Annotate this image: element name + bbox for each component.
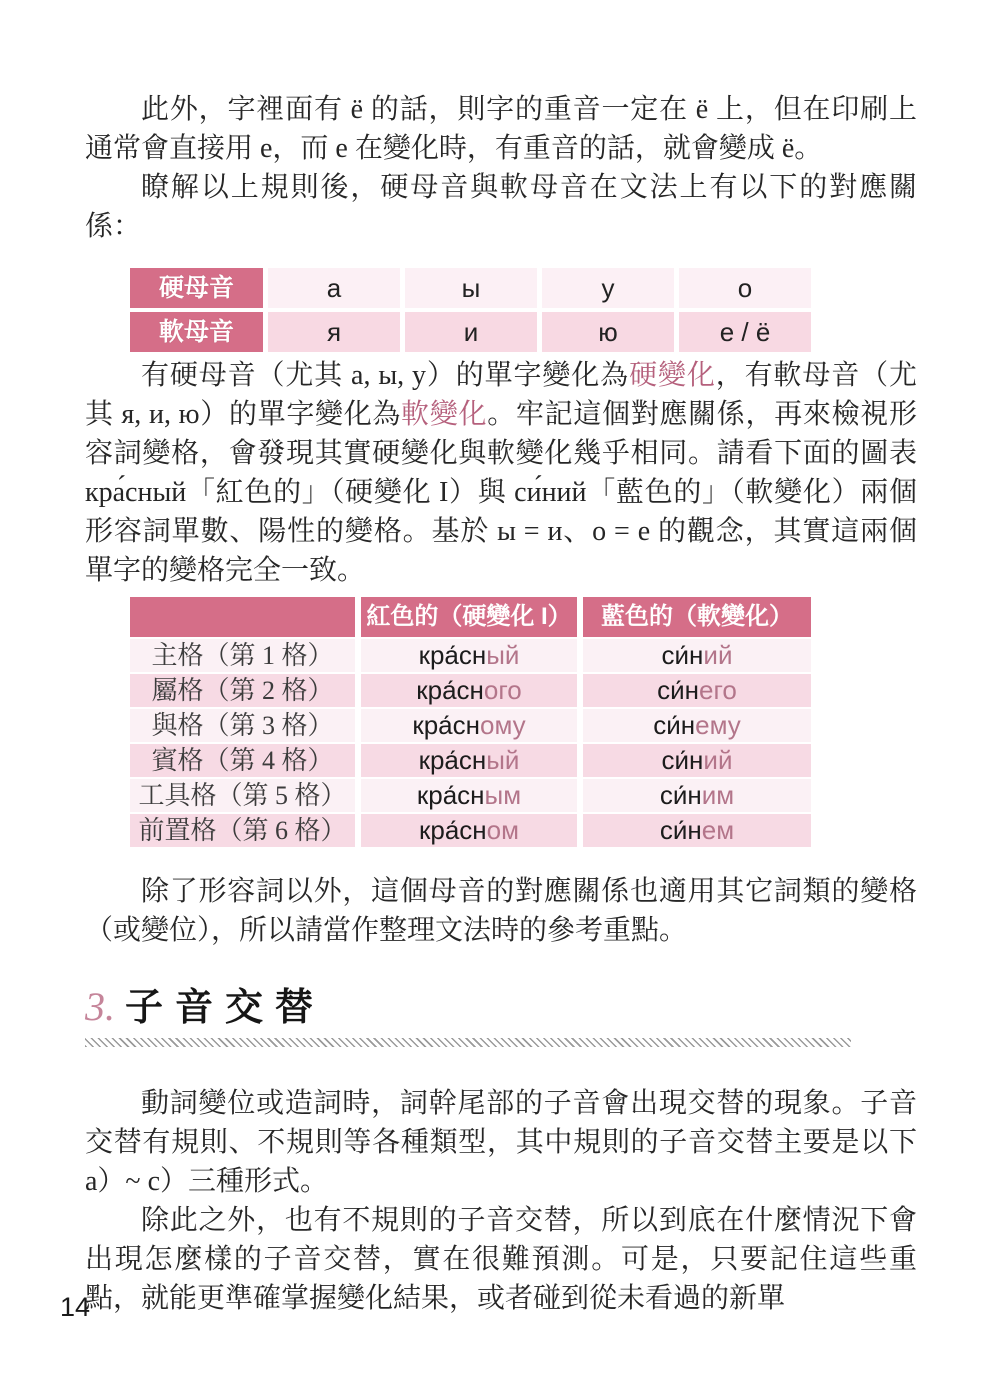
- word-ending: ий: [703, 640, 732, 670]
- blue-adjective-cell: си́ний: [583, 639, 811, 672]
- declension-column-header: 紅色的（硬變化 I）: [361, 597, 577, 637]
- accent-term: 軟變化: [401, 399, 487, 430]
- vowel-cell: и: [405, 312, 537, 352]
- paragraph-consonant-1: 動詞變位或造詞時，詞幹尾部的子音會出現交替的現象。子音交替有規則、不規則等各種類…: [85, 1084, 917, 1201]
- book-page: 此外，字裡面有 ё 的話，則字的重音一定在 ё 上，但在印刷上通常會直接用 е，…: [0, 0, 1000, 1381]
- red-adjective-cell: кра́сного: [361, 674, 577, 707]
- consonant-paragraph-block: 動詞變位或造詞時，詞幹尾部的子音會出現交替的現象。子音交替有規則、不規則等各種類…: [85, 1084, 917, 1318]
- word-stem: кра́сн: [419, 640, 487, 670]
- word-ending: ым: [485, 780, 522, 810]
- vowel-cell: о: [679, 268, 811, 308]
- word-stem: си́н: [653, 710, 695, 740]
- red-adjective-cell: кра́сный: [361, 744, 577, 777]
- word-stem: кра́сн: [419, 815, 487, 845]
- blue-adjective-cell: си́ний: [583, 744, 811, 777]
- word-ending: ый: [486, 640, 519, 670]
- declension-column-header: [130, 597, 355, 637]
- word-stem: си́н: [657, 675, 699, 705]
- vowel-row-header: 軟母音: [130, 312, 263, 352]
- red-adjective-cell: кра́сным: [361, 779, 577, 812]
- vowel-cell: у: [542, 268, 674, 308]
- hatched-divider: [85, 1038, 851, 1047]
- vowel-row-header: 硬母音: [130, 268, 263, 308]
- case-label-cell: 與格（第 3 格）: [130, 709, 355, 742]
- declension-table: 紅色的（硬變化 I）藍色的（軟變化）主格（第 1 格）кра́сныйси́ни…: [130, 597, 811, 847]
- word-stem: кра́сн: [416, 675, 484, 705]
- word-stem: си́н: [662, 745, 704, 775]
- red-adjective-cell: кра́сном: [361, 814, 577, 847]
- vowel-cell: ы: [405, 268, 537, 308]
- word-stem: кра́сн: [412, 710, 480, 740]
- case-label-cell: 屬格（第 2 格）: [130, 674, 355, 707]
- vowel-cell: е / ё: [679, 312, 811, 352]
- section-title: 子音交替: [125, 987, 325, 1029]
- vowel-cell: ю: [542, 312, 674, 352]
- word-ending: ому: [480, 710, 526, 740]
- word-stem: си́н: [660, 780, 702, 810]
- word-ending: ем: [702, 815, 734, 845]
- paragraph-correspondence: 有硬母音（尤其 а, ы, у）的單字變化為硬變化，有軟母音（尤其 я, и, …: [85, 356, 917, 590]
- word-stem: си́н: [660, 815, 702, 845]
- blue-adjective-cell: си́него: [583, 674, 811, 707]
- paragraph-rule-intro: 瞭解以上規則後，硬母音與軟母音在文法上有以下的對應關係：: [85, 168, 917, 246]
- word-ending: ого: [484, 675, 522, 705]
- vowel-cell: а: [268, 268, 400, 308]
- word-ending: ий: [703, 745, 732, 775]
- correspondence-paragraph-block: 有硬母音（尤其 а, ы, у）的單字變化為硬變化，有軟母音（尤其 я, и, …: [85, 356, 917, 590]
- intro-paragraphs: 此外，字裡面有 ё 的話，則字的重音一定在 ё 上，但在印刷上通常會直接用 е，…: [85, 90, 917, 246]
- vowel-cell: я: [268, 312, 400, 352]
- word-ending: его: [699, 675, 737, 705]
- word-ending: ом: [487, 815, 519, 845]
- accent-term: 硬變化: [629, 360, 716, 391]
- paragraph-yo-rule: 此外，字裡面有 ё 的話，則字的重音一定在 ё 上，但在印刷上通常會直接用 е，…: [85, 90, 917, 168]
- blue-adjective-cell: си́нему: [583, 709, 811, 742]
- case-label-cell: 前置格（第 6 格）: [130, 814, 355, 847]
- red-adjective-cell: кра́сному: [361, 709, 577, 742]
- page-number: 14: [60, 1292, 90, 1323]
- word-stem: кра́сн: [417, 780, 485, 810]
- case-label-cell: 主格（第 1 格）: [130, 639, 355, 672]
- blue-adjective-cell: си́ним: [583, 779, 811, 812]
- section-number: 3.: [85, 984, 115, 1029]
- after-table-paragraph-block: 除了形容詞以外，這個母音的對應關係也適用其它詞類的變格（或變位），所以請當作整理…: [85, 872, 917, 950]
- vowel-correspondence-table: 硬母音аыуо軟母音яиюе / ё: [130, 268, 811, 352]
- word-ending: ему: [695, 710, 741, 740]
- word-ending: им: [702, 780, 734, 810]
- declension-column-header: 藍色的（軟變化）: [583, 597, 811, 637]
- paragraph-consonant-2: 除此之外，也有不規則的子音交替，所以到底在什麼情況下會出現怎麼樣的子音交替，實在…: [85, 1201, 917, 1318]
- case-label-cell: 工具格（第 5 格）: [130, 779, 355, 812]
- word-stem: си́н: [662, 640, 704, 670]
- word-ending: ый: [486, 745, 519, 775]
- red-adjective-cell: кра́сный: [361, 639, 577, 672]
- blue-adjective-cell: си́нем: [583, 814, 811, 847]
- body-text-segment: 有硬母音（尤其 а, ы, у）的單字變化為: [141, 360, 629, 391]
- word-stem: кра́сн: [419, 745, 487, 775]
- paragraph-after-table: 除了形容詞以外，這個母音的對應關係也適用其它詞類的變格（或變位），所以請當作整理…: [85, 872, 917, 950]
- section-heading: 3.子音交替: [85, 976, 325, 1031]
- case-label-cell: 賓格（第 4 格）: [130, 744, 355, 777]
